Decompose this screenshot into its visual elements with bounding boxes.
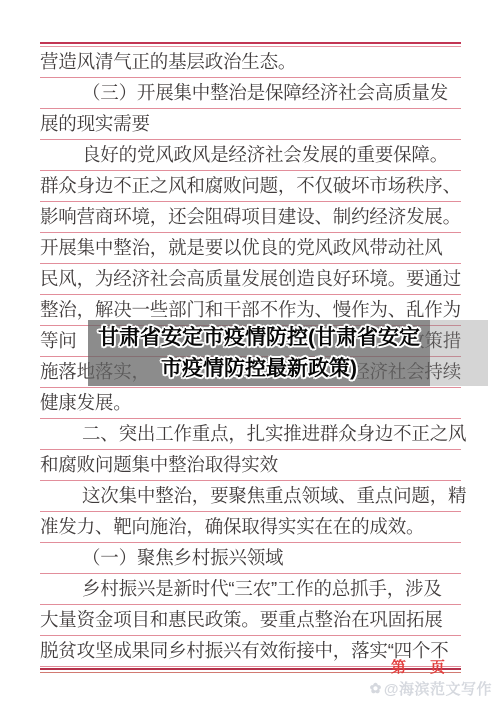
watermark: ✿ @海滨范文写作 xyxy=(370,678,492,699)
document-line: 这次集中整治，要聚焦重点领域、重点问题，精 xyxy=(40,481,461,512)
flower-icon: ✿ xyxy=(370,680,382,697)
page-number: 第 页 xyxy=(391,656,445,677)
document-line: 和腐败问题集中整治取得实效 xyxy=(40,450,461,481)
document-line: （三）开展集中整治是保障经济社会高质量发 xyxy=(40,78,461,109)
document-line: 乡村振兴是新时代“三农”工作的总抓手，涉及 xyxy=(40,574,461,605)
overlay-title-line2: 市疫情防控最新政策) xyxy=(161,353,357,384)
document-line: 开展集中整治，就是要以优良的党风政风带动社风 xyxy=(40,233,461,264)
document-line: 群众身边不正之风和腐败问题，不仅破坏市场秩序、 xyxy=(40,171,461,202)
document-line: 准发力、靶向施治，确保取得实实在在的成效。 xyxy=(40,512,461,543)
document-line: 营造风清气正的基层政治生态。 xyxy=(40,47,461,78)
document-line: 大量资金项目和惠民政策。要重点整治在巩固拓展 xyxy=(40,605,461,636)
document-page: 营造风清气正的基层政治生态。（三）开展集中整治是保障经济社会高质量发展的现实需要… xyxy=(0,0,500,707)
document-line: 影响营商环境，还会阻碍项目建设、制约经济发展。 xyxy=(40,202,461,233)
overlay-title-line1: 甘肃省安定市疫情防控(甘肃省安定 xyxy=(98,322,420,353)
document-line: 二、突出工作重点，扎实推进群众身边不正之风 xyxy=(40,419,461,450)
page-number-suffix: 页 xyxy=(430,656,445,677)
title-overlay: 甘肃省安定市疫情防控(甘肃省安定 市疫情防控最新政策) xyxy=(88,320,430,386)
page-number-prefix: 第 xyxy=(391,656,406,677)
document-line: 良好的党风政风是经济社会发展的重要保障。 xyxy=(40,140,461,171)
document-line: （一）聚焦乡村振兴领域 xyxy=(40,543,461,574)
document-line: 健康发展。 xyxy=(40,388,461,419)
document-line: 民风，为经济社会高质量发展创造良好环境。要通过 xyxy=(40,264,461,295)
document-line: 展的现实需要 xyxy=(40,109,461,140)
document-line-fragment: 等问 xyxy=(40,326,77,356)
watermark-text: @海滨范文写作 xyxy=(384,678,492,699)
